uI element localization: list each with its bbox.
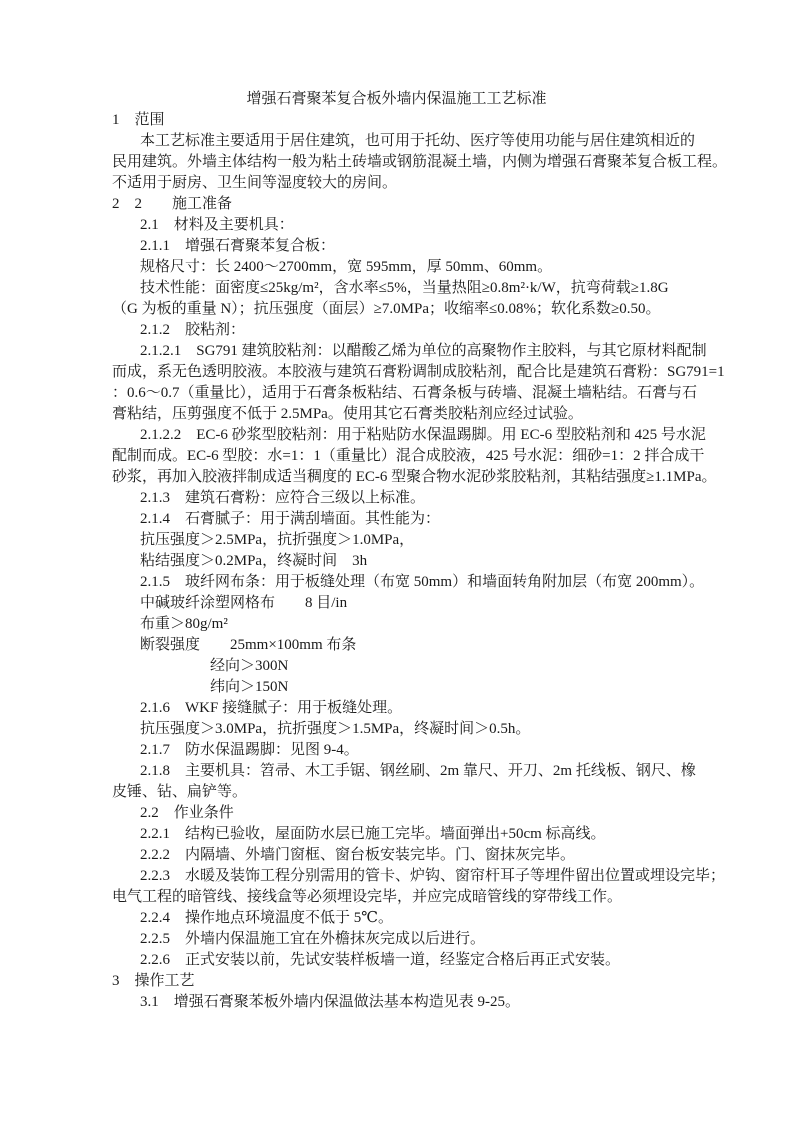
text-line: 配制而成。EC-6 型胶：水=1：1（重量比）混合成胶液，425 号水泥：细砂=… [112,446,681,467]
text-line: 2 2 施工准备 [112,194,681,215]
text-line: 本工艺标准主要适用于居住建筑，也可用于托幼、医疗等使用功能与居住建筑相近的 [112,131,681,152]
text-line: 皮锤、钻、扁铲等。 [112,782,681,803]
text-line: 纬向＞150N [112,677,681,698]
text-line: 砂浆，再加入胶液拌制成适当稠度的 EC-6 型聚合物水泥砂浆胶粘剂，其粘结强度≥… [112,467,681,488]
document-page: 增强石膏聚苯复合板外墙内保温施工工艺标准 1 范围本工艺标准主要适用于居住建筑，… [0,0,793,1122]
document-body: 增强石膏聚苯复合板外墙内保温施工工艺标准 1 范围本工艺标准主要适用于居住建筑，… [112,89,681,1013]
text-line: 抗压强度＞2.5MPa，抗折强度＞1.0MPa， [112,530,681,551]
text-line: 2.1.2 胶粘剂： [112,320,681,341]
text-line: 2.2 作业条件 [112,803,681,824]
text-line: 技术性能：面密度≤25kg/m²，含水率≤5%，当量热阻≥0.8m²·k/W，抗… [112,278,681,299]
text-line: ：0.6～0.7（重量比），适用于石膏条板粘结、石膏条板与砖墙、混凝土墙粘结。石… [112,383,681,404]
text-line: 中碱玻纤涂塑网格布 8 目/in [112,593,681,614]
document-title: 增强石膏聚苯复合板外墙内保温施工工艺标准 [112,89,681,110]
text-line: 2.1.3 建筑石膏粉：应符合三级以上标准。 [112,488,681,509]
text-line: 经向＞300N [112,656,681,677]
text-line: 3.1 增强石膏聚苯板外墙内保温做法基本构造见表 9-25。 [112,992,681,1013]
text-line: 2.2.3 水暖及装饰工程分别需用的管卡、炉钩、窗帘杆耳子等埋件留出位置或埋设完… [112,866,681,887]
text-line: （G 为板的重量 N）；抗压强度（面层）≥7.0MPa；收缩率≤0.08%；软化… [112,299,681,320]
text-line: 而成，系无色透明胶液。本胶液与建筑石膏粉调制成胶粘剂，配合比是建筑石膏粉：SG7… [112,362,681,383]
text-line: 1 范围 [112,110,681,131]
text-line: 2.1.8 主要机具：笤帚、木工手锯、钢丝刷、2m 靠尺、开刀、2m 托线板、钢… [112,761,681,782]
text-line: 粘结强度＞0.2MPa，终凝时间 3h [112,551,681,572]
text-line: 2.2.4 操作地点环境温度不低于 5℃。 [112,908,681,929]
text-line: 民用建筑。外墙主体结构一般为粘土砖墙或钢筋混凝土墙，内侧为增强石膏聚苯复合板工程… [112,152,681,173]
text-line: 规格尺寸：长 2400～2700mm，宽 595mm，厚 50mm、60mm。 [112,257,681,278]
text-line: 布重＞80g/m² [112,614,681,635]
text-line: 2.1.7 防水保温踢脚：见图 9-4。 [112,740,681,761]
text-line: 抗压强度＞3.0MPa，抗折强度＞1.5MPa，终凝时间＞0.5h。 [112,719,681,740]
text-line: 2.2.6 正式安装以前，先试安装样板墙一道，经鉴定合格后再正式安装。 [112,950,681,971]
text-line: 2.2.2 内隔墙、外墙门窗框、窗台板安装完毕。门、窗抹灰完毕。 [112,845,681,866]
text-line: 2.1 材料及主要机具： [112,215,681,236]
text-line: 2.2.5 外墙内保温施工宜在外檐抹灰完成以后进行。 [112,929,681,950]
text-line: 电气工程的暗管线、接线盒等必须埋设完毕，并应完成暗管线的穿带线工作。 [112,887,681,908]
text-line: 3 操作工艺 [112,971,681,992]
text-line: 膏粘结，压剪强度不低于 2.5MPa。使用其它石膏类胶粘剂应经过试验。 [112,404,681,425]
text-line: 2.2.1 结构已验收，屋面防水层已施工完毕。墙面弹出+50cm 标高线。 [112,824,681,845]
text-line: 2.1.6 WKF 接缝腻子：用于板缝处理。 [112,698,681,719]
text-line: 2.1.2.2 EC-6 砂浆型胶粘剂：用于粘贴防水保温踢脚。用 EC-6 型胶… [112,425,681,446]
text-line: 不适用于厨房、卫生间等湿度较大的房间。 [112,173,681,194]
text-line: 2.1.5 玻纤网布条：用于板缝处理（布宽 50mm）和墙面转角附加层（布宽 2… [112,572,681,593]
text-line: 断裂强度 25mm×100mm 布条 [112,635,681,656]
text-line: 2.1.1 增强石膏聚苯复合板： [112,236,681,257]
text-line: 2.1.4 石膏腻子：用于满刮墙面。其性能为： [112,509,681,530]
text-line: 2.1.2.1 SG791 建筑胶粘剂：以醋酸乙烯为单位的高聚物作主胶料，与其它… [112,341,681,362]
